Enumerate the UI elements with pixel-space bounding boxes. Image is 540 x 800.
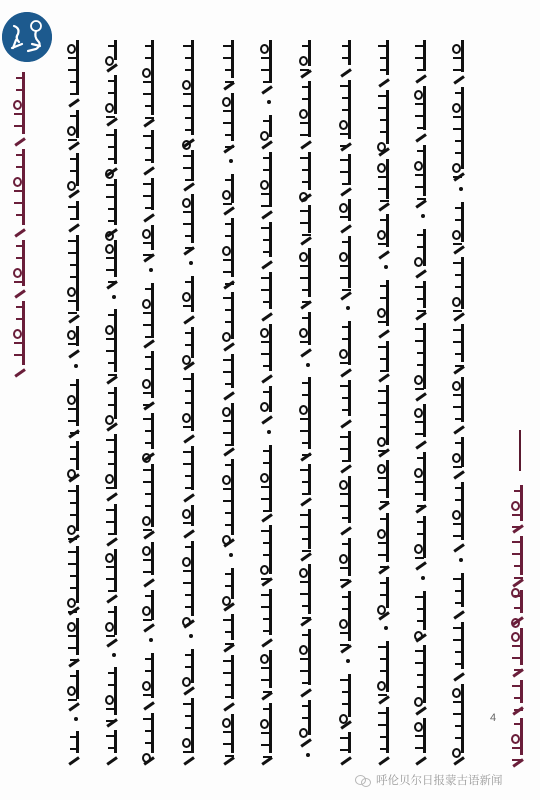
mongolian-word (11, 240, 33, 292)
mongolian-word (337, 674, 359, 723)
mongolian-word (103, 309, 125, 378)
mongolian-word (450, 202, 472, 248)
mongolian-word (180, 276, 202, 318)
mongolian-word (65, 379, 87, 433)
mongolian-word (412, 86, 434, 136)
mongolian-word (140, 283, 162, 341)
mongolian-word (375, 513, 397, 568)
mongolian-word (337, 476, 359, 529)
mongolian-word (297, 312, 319, 351)
mongolian-word (412, 323, 434, 395)
mongolian-word (450, 87, 472, 175)
mongolian-word (450, 684, 472, 759)
watermark: 呼伦贝尔日报蒙古语新闻 (355, 772, 503, 788)
mongolian-word (375, 707, 397, 759)
mongolian-word (258, 650, 280, 694)
mongolian-word (140, 178, 162, 215)
mongolian-word (220, 292, 242, 345)
punctuation (337, 656, 359, 665)
mongolian-word (65, 546, 87, 608)
mongolian-word (258, 272, 280, 315)
mongolian-word (337, 236, 359, 294)
mongolian-word (337, 431, 359, 467)
punctuation (412, 211, 434, 220)
mongolian-word (103, 434, 125, 494)
mongolian-word (412, 645, 434, 710)
mongolian-calligraphy-logo-icon (2, 12, 52, 62)
mongolian-word (258, 152, 280, 213)
mongolian-word (375, 214, 397, 253)
mongolian-word (412, 452, 434, 507)
mongolian-word (412, 516, 434, 564)
text-column (256, 40, 282, 768)
mongolian-word (509, 680, 531, 709)
punctuation (450, 184, 472, 193)
text-column (295, 40, 321, 768)
mongolian-word (103, 240, 125, 283)
punctuation (375, 262, 397, 271)
punctuation (140, 635, 162, 644)
punctuation (220, 550, 242, 559)
mongolian-word (297, 629, 319, 691)
mongolian-word (450, 324, 472, 368)
mongolian-word (65, 731, 87, 759)
text-column (373, 40, 399, 768)
mongolian-word (65, 485, 87, 537)
mongolian-word (65, 670, 87, 705)
mongolian-word (375, 577, 397, 614)
mongolian-word (297, 509, 319, 555)
punctuation (65, 714, 87, 723)
mongolian-word (140, 40, 162, 121)
mongolian-word (375, 641, 397, 698)
mongolian-word (450, 437, 472, 473)
mongolian-word (103, 179, 125, 231)
punctuation (103, 292, 125, 301)
punctuation (297, 750, 319, 759)
mongolian-word (258, 324, 280, 378)
mongolian-word (450, 40, 472, 78)
mongolian-word (375, 460, 397, 504)
mongolian-word (103, 504, 125, 540)
mongolian-word (220, 40, 242, 84)
mongolian-word (180, 40, 202, 141)
mongolian-word (297, 248, 319, 303)
mongolian-word (220, 174, 242, 209)
mongolian-word (180, 541, 202, 622)
mongolian-word (297, 81, 319, 143)
mongolian-word (65, 326, 87, 352)
mongolian-word (375, 40, 397, 81)
mongolian-word (11, 72, 33, 140)
mongolian-word (220, 568, 242, 604)
mongolian-word (65, 40, 87, 101)
mongolian-word (11, 149, 33, 231)
mongolian-word (220, 614, 242, 647)
watermark-text: 呼伦贝尔日报蒙古语新闻 (376, 772, 503, 788)
text-column (335, 40, 361, 768)
mongolian-word (103, 129, 125, 170)
mongolian-word (180, 194, 202, 249)
mongolian-word (412, 40, 434, 77)
mongolian-word (297, 205, 319, 239)
mongolian-word (65, 201, 87, 225)
text-column (218, 40, 244, 768)
mongolian-word (180, 505, 202, 533)
mongolian-word (509, 485, 531, 528)
mongolian-word (180, 150, 202, 185)
article-title (8, 72, 36, 392)
mongolian-word (140, 653, 162, 704)
mongolian-word (65, 441, 87, 476)
mongolian-word (337, 321, 359, 372)
mongolian-word (140, 351, 162, 404)
mongolian-word (337, 40, 359, 71)
mongolian-word (412, 281, 434, 314)
mongolian-word (180, 327, 202, 364)
punctuation (375, 623, 397, 632)
punctuation (337, 303, 359, 312)
mongolian-word (140, 542, 162, 581)
mongolian-word (509, 536, 531, 580)
mongolian-word (103, 730, 125, 759)
mongolian-word (297, 564, 319, 621)
mongolian-word (258, 525, 280, 581)
mongolian-word (412, 229, 434, 271)
mongolian-word (450, 573, 472, 613)
mongolian-word (337, 154, 359, 190)
mongolian-word (103, 549, 125, 597)
article-body (60, 40, 480, 770)
text-column (178, 40, 204, 768)
mongolian-word (412, 591, 434, 635)
mongolian-word (297, 152, 319, 196)
mongolian-word (140, 225, 162, 257)
mongolian-word (337, 380, 359, 422)
mongolian-word (337, 538, 359, 582)
punctuation (258, 97, 280, 106)
page-number: 4 (490, 712, 496, 724)
mongolian-word (375, 341, 397, 376)
mongolian-word (412, 404, 434, 443)
mongolian-word (11, 301, 33, 371)
mongolian-word (258, 445, 280, 515)
mongolian-word (337, 80, 359, 145)
mongolian-word (103, 75, 125, 120)
mongolian-word (337, 199, 359, 226)
punctuation (297, 360, 319, 369)
mongolian-word (509, 628, 531, 671)
mongolian-word (450, 482, 472, 546)
mongolian-word (450, 257, 472, 315)
mongolian-word (220, 714, 242, 759)
mongolian-word (509, 718, 531, 761)
mongolian-word (140, 464, 162, 533)
mongolian-word (297, 377, 319, 455)
mongolian-word (450, 377, 472, 428)
mongolian-word (258, 222, 280, 263)
mongolian-word (140, 130, 162, 169)
text-column (101, 40, 127, 768)
mongolian-word (180, 446, 202, 496)
mongolian-word (220, 403, 242, 450)
byline-dash (519, 430, 521, 471)
mongolian-word (375, 385, 397, 451)
text-column (448, 40, 474, 768)
mongolian-word (258, 386, 280, 417)
mongolian-word (180, 649, 202, 689)
mongolian-word (103, 387, 125, 425)
mongolian-word (180, 373, 202, 437)
mongolian-word (258, 589, 280, 641)
punctuation (220, 156, 242, 165)
mongolian-word (140, 590, 162, 625)
mongolian-word (220, 93, 242, 148)
mongolian-word (509, 590, 531, 619)
text-column (63, 40, 89, 768)
mongolian-word (450, 622, 472, 675)
logo (2, 12, 52, 62)
mongolian-word (65, 153, 87, 192)
mongolian-word (220, 459, 242, 541)
author-byline (506, 430, 534, 770)
punctuation (140, 265, 162, 274)
punctuation (180, 631, 202, 640)
mongolian-word (375, 159, 397, 205)
mongolian-word (220, 218, 242, 283)
punctuation (103, 650, 125, 659)
mongolian-word (220, 655, 242, 704)
mongolian-word (297, 464, 319, 499)
wechat-icon (355, 774, 371, 787)
mongolian-word (412, 145, 434, 202)
mongolian-word (65, 618, 87, 661)
punctuation (450, 555, 472, 564)
mongolian-word (258, 40, 280, 88)
mongolian-word (297, 40, 319, 72)
punctuation (65, 361, 87, 370)
text-column (138, 40, 164, 768)
mongolian-word (412, 718, 434, 759)
mongolian-word (258, 115, 280, 143)
mongolian-word (140, 413, 162, 456)
mongolian-word (220, 354, 242, 394)
mongolian-word (65, 235, 87, 317)
mongolian-word (140, 713, 162, 759)
mongolian-word (65, 110, 87, 145)
mongolian-word (375, 280, 397, 332)
mongolian-word (103, 40, 125, 66)
mongolian-word (337, 732, 359, 759)
punctuation (412, 573, 434, 582)
mongolian-word (297, 700, 319, 741)
punctuation (258, 427, 280, 436)
mongolian-word (258, 703, 280, 759)
mongolian-word (103, 667, 125, 720)
mongolian-word (103, 606, 125, 640)
mongolian-word (337, 591, 359, 647)
mongolian-word (375, 90, 397, 151)
punctuation (180, 258, 202, 267)
mongolian-word (180, 698, 202, 759)
text-column (410, 40, 436, 768)
